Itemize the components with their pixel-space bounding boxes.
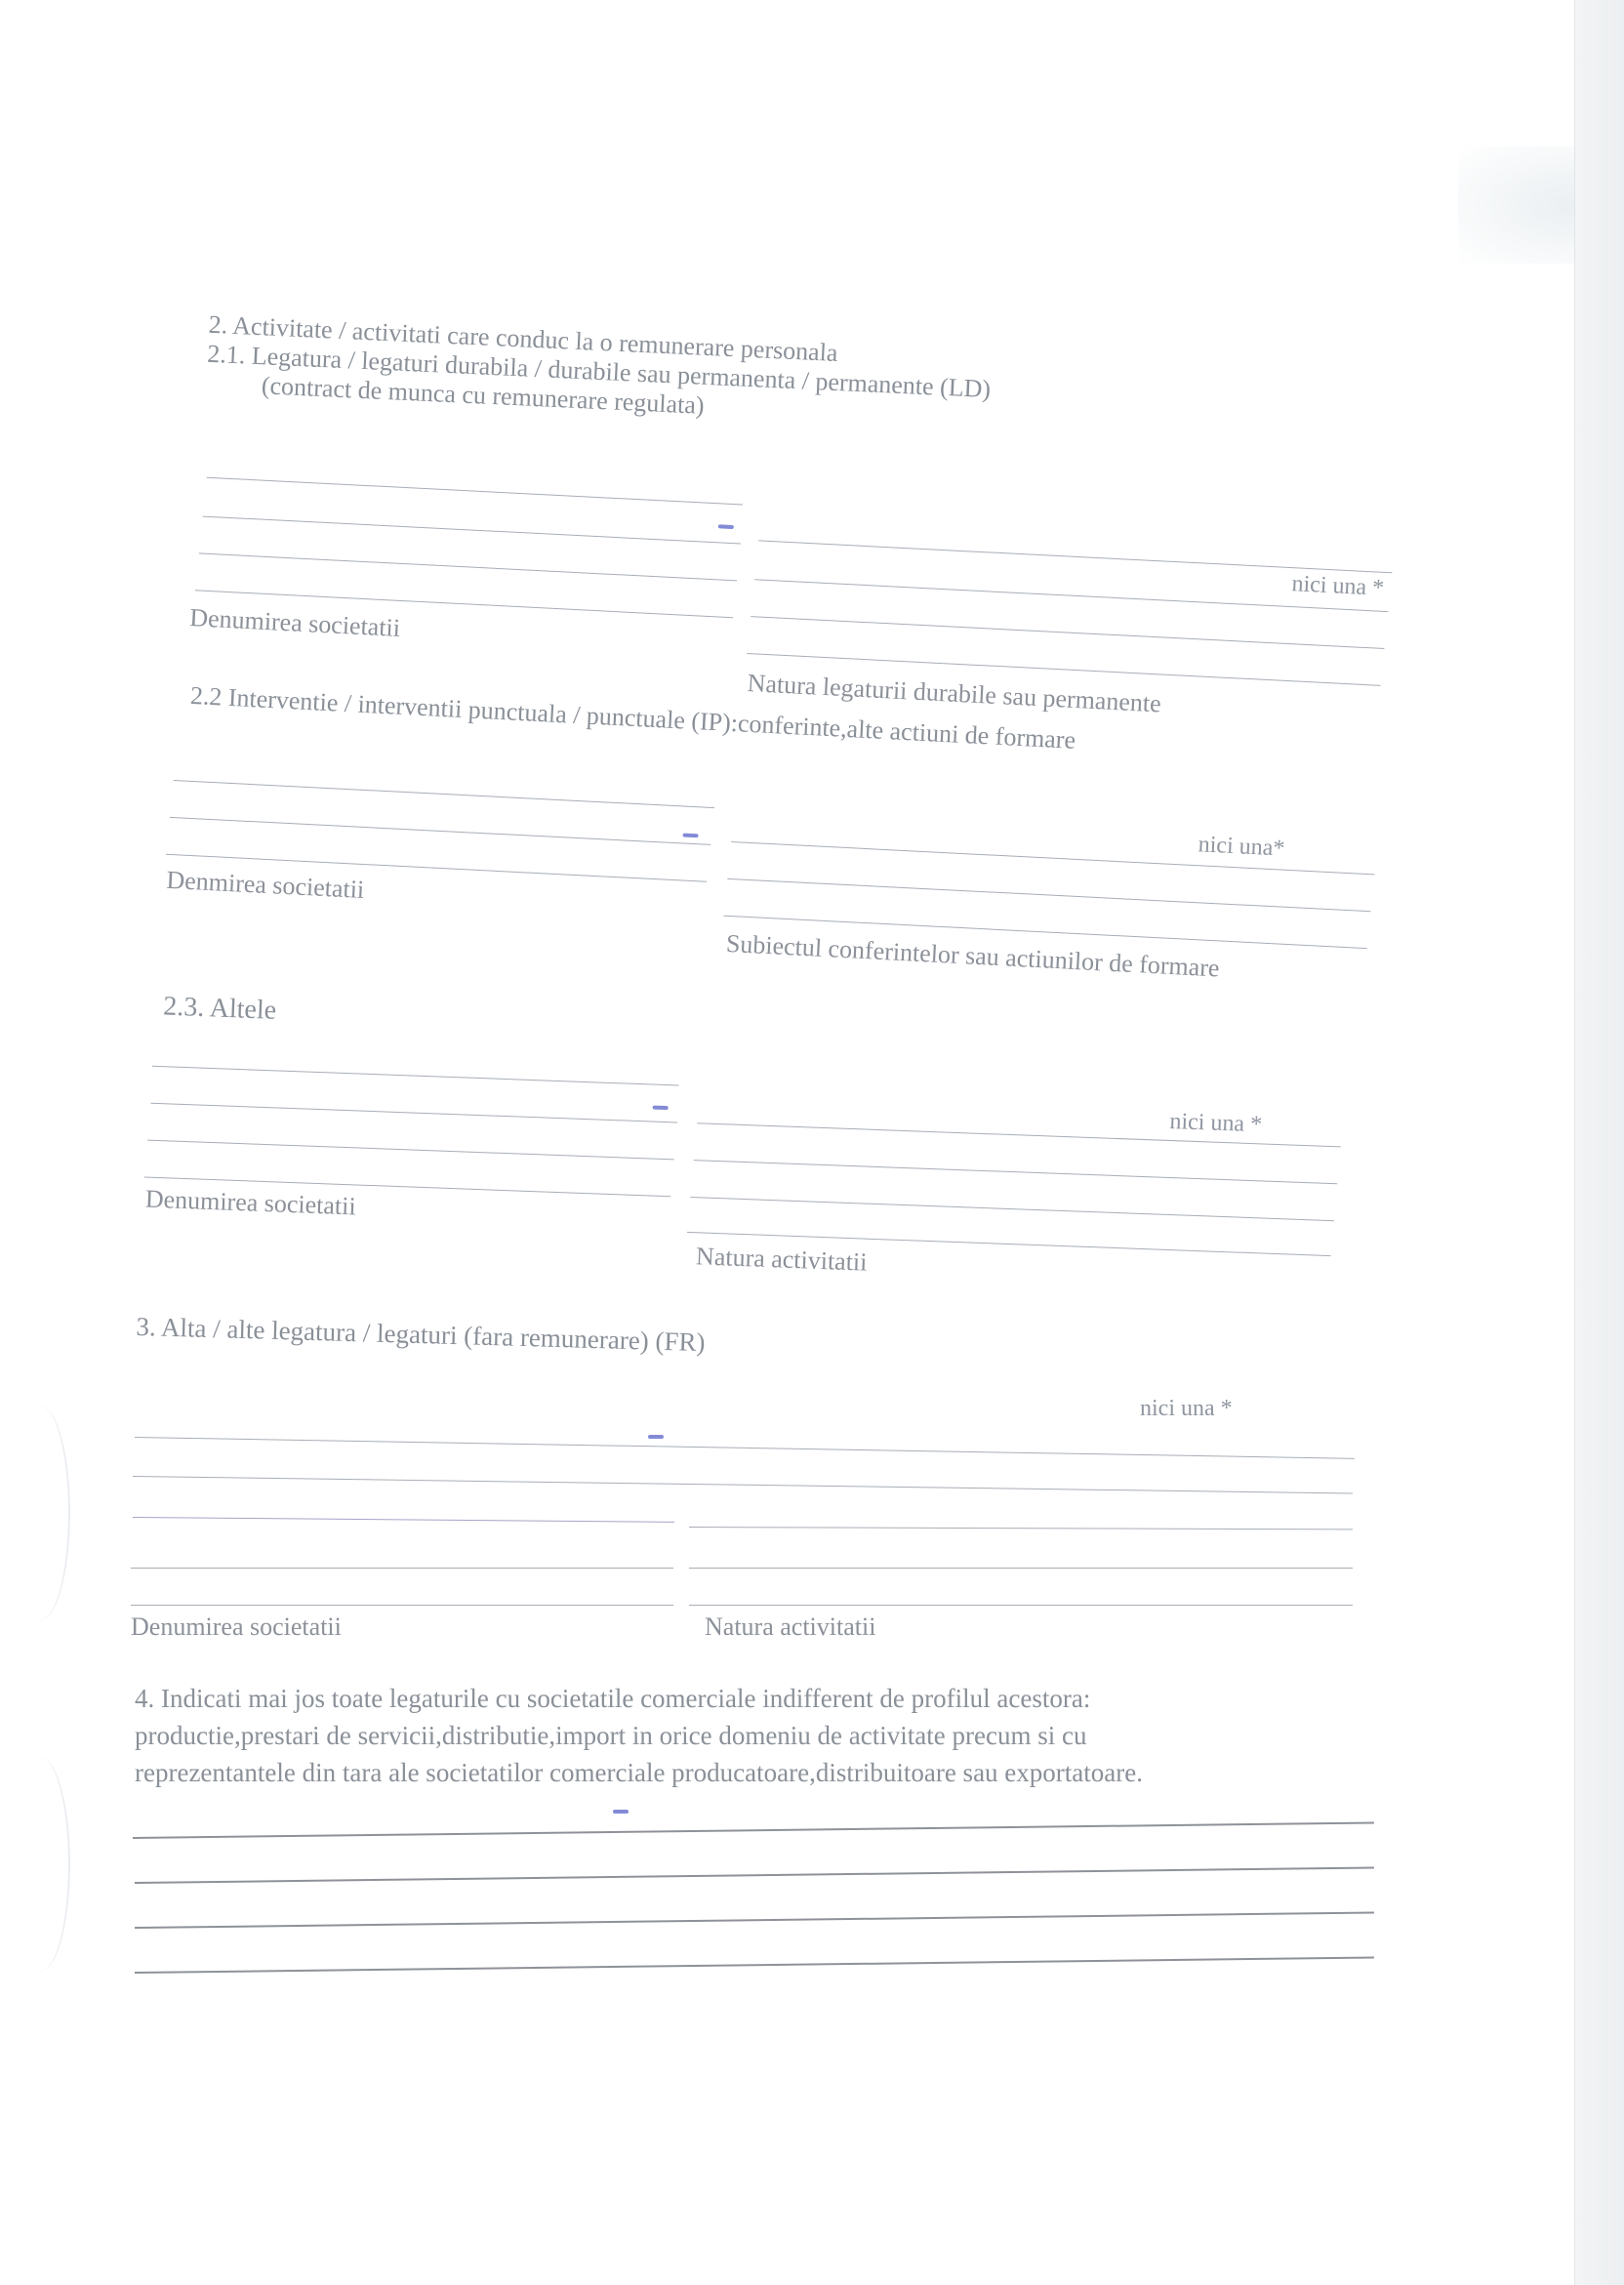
scan-shadow: [1458, 146, 1575, 264]
nature-label: Natura legaturii durabile sau permanente: [747, 669, 1161, 718]
activity-field[interactable]: [689, 1605, 1353, 1606]
company-name-field[interactable]: [199, 552, 737, 581]
paper-fold-mark: [10, 1757, 70, 1972]
section-2-3: 2.3. Altele: [0, 986, 1623, 1048]
paper-fold-mark: [10, 1406, 70, 1620]
section-4-line-3: reprezentantele din tara ale societatilo…: [135, 1755, 1143, 1790]
company-name-field[interactable]: [131, 1605, 673, 1606]
section-3: 3. Alta / alte legatura / legaturi (fara…: [0, 1308, 1623, 1353]
company-name-field[interactable]: [133, 1517, 674, 1523]
section-2-3-fields: nici una * Denumirea societatii Natura a…: [0, 1060, 1623, 1120]
activity-label: Natura activitatii: [696, 1242, 868, 1277]
none-marker[interactable]: nici una*: [1198, 832, 1285, 862]
company-name-field[interactable]: [203, 516, 741, 545]
company-name-label: Denmirea societatii: [166, 866, 365, 905]
section-3-title: 3. Alta / alte legatura / legaturi (fara…: [136, 1312, 706, 1357]
section-2-2-fields: nici una* Denmirea societatii Subiectul …: [0, 771, 1622, 853]
pen-mark: [613, 1810, 629, 1814]
links-field[interactable]: [135, 1911, 1374, 1929]
company-name-field[interactable]: [152, 1066, 679, 1086]
none-marker[interactable]: nici una *: [1140, 1396, 1233, 1422]
nature-field[interactable]: [758, 540, 1392, 573]
company-name-field[interactable]: [133, 1476, 1353, 1493]
section-2-1: 2. Activitate / activitati care conduc l…: [0, 293, 1622, 366]
links-field[interactable]: [135, 1866, 1374, 1884]
section-2-3-title: 2.3. Altele: [163, 992, 277, 1025]
pen-mark: [682, 833, 698, 837]
links-field[interactable]: [133, 1821, 1374, 1839]
pen-mark: [653, 1106, 669, 1111]
pen-mark: [648, 1435, 664, 1439]
company-name-field[interactable]: [170, 817, 710, 845]
company-name-label: Denumirea societatii: [189, 603, 401, 643]
links-field[interactable]: [135, 1956, 1374, 1974]
company-name-field[interactable]: [131, 1568, 673, 1569]
company-name-field[interactable]: [174, 780, 714, 808]
activity-field[interactable]: [690, 1197, 1334, 1221]
section-4-line-1: 4. Indicati mai jos toate legaturile cu …: [135, 1681, 1090, 1716]
activity-field[interactable]: [694, 1160, 1338, 1184]
company-name-field[interactable]: [135, 1437, 1355, 1459]
nature-field[interactable]: [751, 616, 1384, 649]
activity-label: Natura activitatii: [705, 1612, 875, 1642]
company-name-field[interactable]: [147, 1140, 674, 1161]
section-2-1-fields: nici una * Denumirea societatii Natura l…: [0, 467, 1622, 549]
company-name-field[interactable]: [150, 1103, 677, 1123]
company-name-field[interactable]: [207, 477, 743, 506]
paper-edge: [1574, 0, 1624, 2285]
none-marker[interactable]: nici una *: [1291, 571, 1385, 602]
activity-field[interactable]: [689, 1527, 1353, 1530]
company-name-label: Denumirea societatii: [144, 1185, 356, 1222]
none-marker[interactable]: nici una *: [1169, 1109, 1263, 1138]
company-name-label: Denumirea societatii: [131, 1612, 342, 1642]
activity-field[interactable]: [689, 1568, 1353, 1569]
pen-mark: [718, 524, 734, 529]
subject-field[interactable]: [727, 878, 1370, 912]
section-4-line-2: productie,prestari de servicii,distribut…: [135, 1718, 1086, 1753]
